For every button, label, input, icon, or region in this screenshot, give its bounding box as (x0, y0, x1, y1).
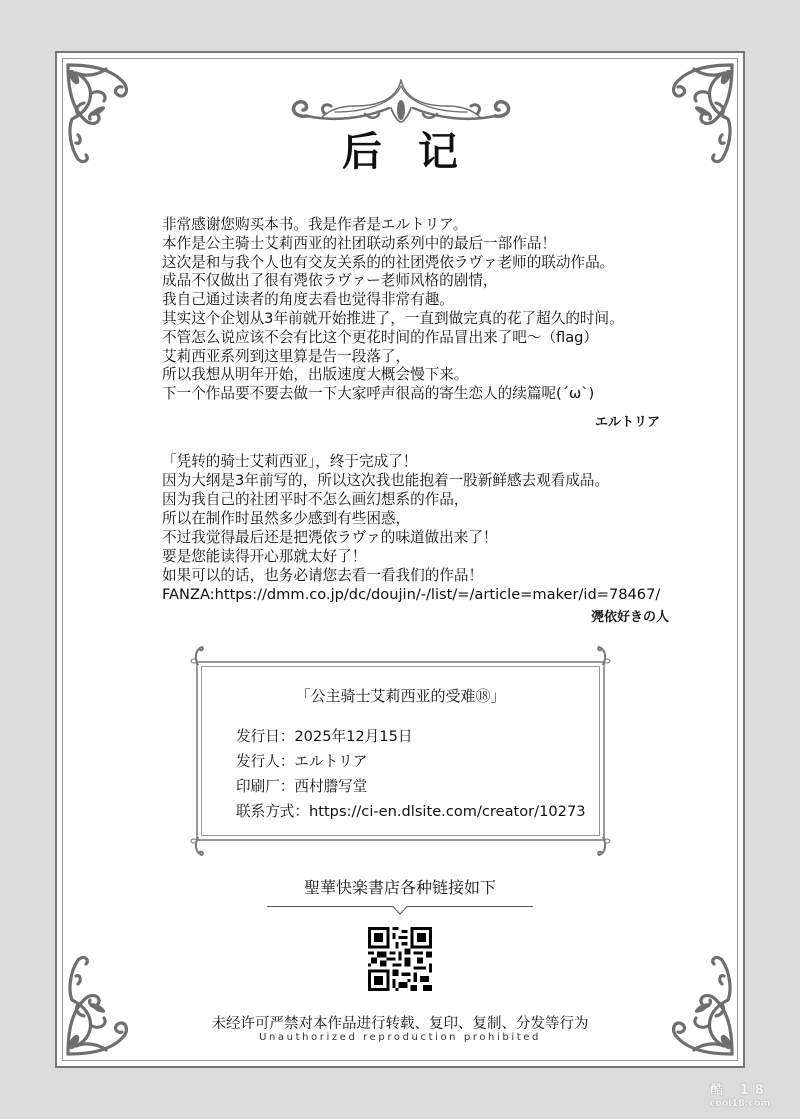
text-line: 非常感谢您购买本书。我是作者是エルトリア。 (162, 216, 624, 235)
row-label: 印刷厂： (236, 778, 294, 795)
header-flourish-icon (285, 78, 517, 124)
watermark-line1: 酷 18 (705, 1084, 775, 1098)
divider-arrow-icon (267, 902, 533, 914)
watermark-line2: cool18.com (705, 1098, 775, 1110)
text-line: 本作是公主骑士艾莉西亚的社团联动系列中的最后一部作品！ (162, 235, 624, 254)
site-watermark: 酷 18 cool18.com (705, 1084, 775, 1110)
row-label: 联系方式： (236, 803, 309, 820)
signature-author: エルトリア (595, 411, 660, 430)
row-value: 西村謄写堂 (294, 778, 367, 795)
curl-ornament-icon (597, 837, 613, 859)
curl-ornament-icon (188, 837, 204, 859)
text-line: 所以我想从明年开始，出版速度大概会慢下来。 (162, 366, 624, 385)
row-label: 发行日： (236, 728, 294, 745)
copyright-notice-english: Unauthorized reproduction prohibited (0, 1032, 800, 1043)
text-line: 下一个作品要不要去做一下大家呼声很高的寄生恋人的续篇呢(´ω`) (162, 385, 624, 404)
curl-ornament-icon (597, 643, 613, 665)
text-line: 要是您能读得开心那就太好了！ (162, 547, 660, 566)
row-label: 发行人： (236, 753, 294, 770)
text-line: 所以在制作时虽然多少感到有些困惑， (162, 509, 660, 528)
colophon-box: 「公主骑士艾莉西亚的受难⑱」 发行日：2025年12月15日 发行人：エルトリア… (196, 661, 605, 841)
text-line: 因为大纲是3年前写的，所以这次我也能抱着一股新鲜感去观看成品。 (162, 471, 660, 490)
text-line: 艾莉西亚系列到这里算是告一段落了， (162, 348, 624, 367)
text-line: 我自己通过读者的角度去看也觉得非常有趣。 (162, 291, 624, 310)
afterword-collaborator-block: 「凭转的骑士艾莉西亚」，终于完成了！ 因为大纲是3年前写的，所以这次我也能抱着一… (162, 452, 660, 604)
text-line: 成品不仅做出了很有凴依ラヴァー老师风格的剧情， (162, 272, 624, 291)
text-line: 因为我自己的社团平时不怎么画幻想系的作品， (162, 490, 660, 509)
colophon-row-contact: 联系方式：https://ci-en.dlsite.com/creator/10… (236, 799, 586, 824)
colophon-row-printer: 印刷厂：西村謄写堂 (236, 774, 586, 799)
text-line: 这次是和与我个人也有交友关系的的社团凴依ラヴァ老师的联动作品。 (162, 254, 624, 273)
colophon-rows: 发行日：2025年12月15日 发行人：エルトリア 印刷厂：西村謄写堂 联系方式… (236, 724, 586, 824)
colophon-row-date: 发行日：2025年12月15日 (236, 724, 586, 749)
text-line: 不过我觉得最后还是把凴依ラヴァ的味道做出来了！ (162, 528, 660, 547)
text-line: 如果可以的话，也务必请您去看一看我们的作品！ (162, 566, 660, 585)
contact-link[interactable]: https://ci-en.dlsite.com/creator/10273 (309, 803, 586, 820)
afterword-author-block: 非常感谢您购买本书。我是作者是エルトリア。 本作是公主骑士艾莉西亚的社团联动系列… (162, 216, 624, 404)
text-line: 不管怎么说应该不会有比这个更花时间的作品冒出来了吧～（flag） (162, 329, 624, 348)
row-value: エルトリア (294, 753, 367, 770)
copyright-notice: 未经许可严禁对本作品进行转载、复印、复制、分发等行为 (0, 1012, 800, 1033)
qr-code-icon[interactable] (368, 927, 432, 991)
signature-collaborator: 凴依好きの人 (591, 606, 669, 625)
text-line: 「凭转的骑士艾莉西亚」，终于完成了！ (162, 452, 660, 471)
text-line: 其实这个企划从3年前就开始推进了，一直到做完真的花了超久的时间。 (162, 310, 624, 329)
page-title: 后记 (0, 124, 800, 180)
links-heading: 聖華快楽書店各种链接如下 (0, 875, 800, 898)
fanza-link[interactable]: FANZA:https://dmm.co.jp/dc/doujin/-/list… (162, 585, 660, 604)
colophon-row-publisher: 发行人：エルトリア (236, 749, 586, 774)
row-value: 2025年12月15日 (294, 728, 412, 745)
book-title: 「公主骑士艾莉西亚的受难⑱」 (198, 685, 603, 706)
curl-ornament-icon (188, 643, 204, 665)
